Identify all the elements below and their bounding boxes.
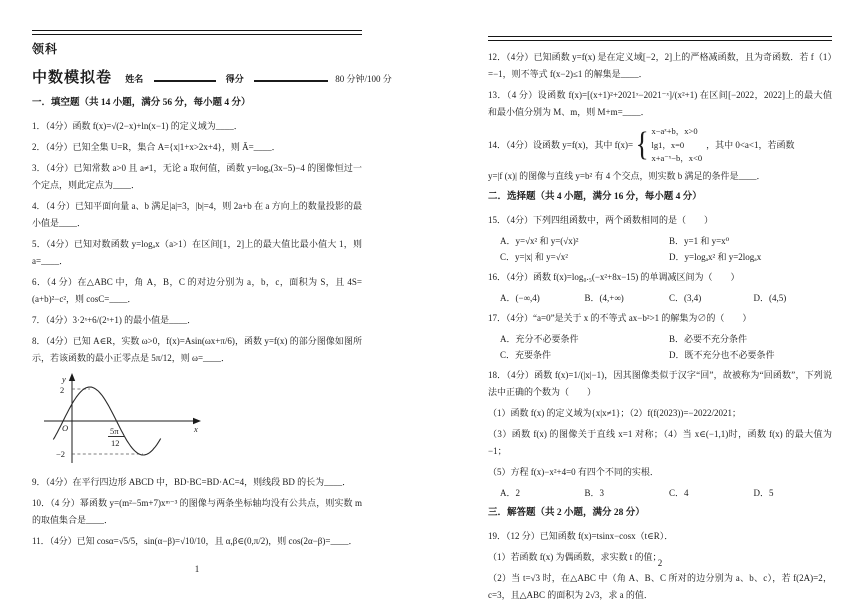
choice-option: C．(3,4) (669, 290, 748, 306)
choice-options-row: A．2B．3C．4D．5 (488, 485, 832, 501)
choice-option: C．4 (669, 485, 748, 501)
question-text: （1）函数 f(x) 的定义域为{x|x≠1}；（2）f(f(2023))=−2… (488, 405, 832, 422)
section-header: 一．填空题（共 14 小题，满分 56 分，每小题 4 分） (32, 95, 362, 112)
question-text: 1．（4分）函数 f(x)=√(2−x)+ln(x−1) 的定义域为____． (32, 118, 362, 135)
question-text: （5）方程 f(x)−x²+4=0 有四个不同的实根． (488, 464, 832, 481)
choice-option: D．5 (754, 485, 833, 501)
y-axis-label: y (61, 374, 66, 384)
page-number-2: 2 (488, 558, 832, 568)
choice-option: B．必要不充分条件 (669, 331, 832, 347)
piecewise-question: 14．（4分）设函数 y=f(x)，其中 f(x)={x−aˣ+b，x>0lg1… (488, 125, 832, 166)
choice-option: A．(−∞,4) (500, 290, 579, 306)
question-text: 13．（4 分）设函数 f(x)=[(x+1)²+2021ˣ−2021⁻ˣ]/(… (488, 87, 832, 121)
question-text: 10．（4 分）幂函数 y=(m²−5m+7)xᵐ⁻³ 的图像与两条坐标轴均没有… (32, 495, 362, 529)
choice-option: A．y=√x² 和 y=(√x)² (500, 233, 663, 249)
page-number-1: 1 (32, 564, 362, 574)
top-rule-right (488, 36, 832, 41)
choice-option: A．2 (500, 485, 579, 501)
choice-option: D．(4,5) (754, 290, 833, 306)
score-blank-line (254, 72, 328, 82)
fill-in-question-list-2: 9．（4分）在平行四边形 ABCD 中，BD·BC=BD·AC=4，则线段 BD… (32, 474, 362, 550)
score-label: 得分 (226, 74, 244, 84)
school-name: 领科 (32, 40, 362, 57)
fill-in-question-list: 一．填空题（共 14 小题，满分 56 分，每小题 4 分）1．（4分）函数 f… (32, 95, 362, 367)
question-text: 16．（4分）函数 f(x)=log₀.₅(−x²+8x−15) 的单调减区间为… (488, 269, 832, 286)
question-text: 5．（4分）已知对数函数 y=logₐx（a>1）在区间[1，2]上的最大值比最… (32, 236, 362, 270)
page-2: 12．（4分）已知函数 y=f(x) 是在定义域[−2，2]上的严格减函数，且为… (488, 36, 832, 568)
question-text: （3）函数 f(x) 的图像关于直线 x=1 对称；（4）当 x∈(−1,1)时… (488, 426, 832, 460)
question-text: y=|f (x)| 的图像与直线 y=b² 有 4 个交点，则实数 b 满足的条… (488, 168, 832, 185)
name-blank-line (154, 72, 216, 82)
question-text: （2）当 t=√3 时，在△ABC 中（角 A、B、C 所对的边分别为 a、b、… (488, 570, 832, 600)
choice-option: B．(4,+∞) (585, 290, 664, 306)
question-text: 11．（4分）已知 cosα=√5/5，sin(α−β)=√10/10，且 α,… (32, 533, 362, 550)
section-header: 三．解答题（共 2 小题，满分 28 分） (488, 505, 832, 522)
exam-title: 中数模拟卷 (32, 70, 112, 86)
question-text: 12．（4分）已知函数 y=f(x) 是在定义域[−2，2]上的严格减函数，且为… (488, 49, 832, 83)
duration-text: 80 分钟/100 分 (335, 74, 392, 84)
question-text: 3．（4分）已知常数 a>0 且 a≠1，无论 a 取何值，函数 y=logₐ(… (32, 160, 362, 194)
y-axis-arrow (69, 373, 75, 381)
choice-option: C．y=|x| 和 y=√x² (500, 249, 663, 265)
piecewise-cases: x−aˣ+b，x>0lg1，x=0x+a⁻ˣ−b，x<0 (651, 125, 702, 166)
top-rule-left (32, 30, 362, 35)
name-label: 姓名 (125, 74, 143, 84)
piecewise-case-line: x−aˣ+b，x>0 (651, 125, 702, 139)
question-text: 8．（4分）已知 A∈R，实数 ω>0，f(x)=Asin(ωx+π/6)，函数… (32, 333, 362, 367)
question-text: 18．（4分）函数 f(x)=1/(|x|−1)，因其图像类似于汉字“回”，故被… (488, 367, 832, 401)
page-1: 领科 中数模拟卷 姓名 得分 80 分钟/100 分 一．填空题（共 14 小题… (32, 30, 362, 574)
question-list-page2: 12．（4分）已知函数 y=f(x) 是在定义域[−2，2]上的严格减函数，且为… (488, 49, 832, 600)
choice-option: D．既不充分也不必要条件 (669, 347, 832, 363)
choice-option: A．充分不必要条件 (500, 331, 663, 347)
y-max-label: 2 (60, 385, 64, 395)
choice-option: B．3 (585, 485, 664, 501)
zero-point-numerator: 5π (110, 426, 119, 436)
choice-options-row: A．充分不必要条件B．必要不充分条件C．充要条件D．既不充分也不必要条件 (488, 331, 832, 363)
choice-options-row: A．(−∞,4)B．(4,+∞)C．(3,4)D．(4,5) (488, 290, 832, 306)
choice-option: D．y=logₐx² 和 y=2logₐx (669, 249, 832, 265)
question-text: 2．（4分）已知全集 U=R，集合 A={x|1+x>2x+4}，则 Ā=___… (32, 139, 362, 156)
piecewise-suffix: ，其中 0<a<1，若函数 (706, 138, 794, 153)
question-text: 9．（4分）在平行四边形 ABCD 中，BD·BC=BD·AC=4，则线段 BD… (32, 474, 362, 491)
exam-header: 中数模拟卷 姓名 得分 80 分钟/100 分 (32, 66, 362, 87)
section-header: 二．选择题（共 4 小题，满分 16 分，每小题 4 分） (488, 189, 832, 206)
document-canvas: 领科 中数模拟卷 姓名 得分 80 分钟/100 分 一．填空题（共 14 小题… (0, 0, 850, 600)
question-text: 15．（4分）下列四组函数中，两个函数相同的是（ ） (488, 212, 832, 229)
x-axis-label: x (193, 424, 198, 434)
question8-sine-figure: y 2 O −2 x 5π 12 (34, 371, 224, 466)
choice-option: B．y=1 和 y=x⁰ (669, 233, 832, 249)
question-text: 6．（4 分）在△ABC 中，角 A，B，C 的对边分别为 a，b，c，面积为 … (32, 274, 362, 308)
y-min-label: −2 (56, 449, 65, 459)
piecewise-case-line: x+a⁻ˣ−b，x<0 (651, 152, 702, 166)
piecewise-prefix: 14．（4分）设函数 y=f(x)，其中 f(x)= (488, 138, 633, 153)
choice-option: C．充要条件 (500, 347, 663, 363)
origin-label: O (62, 423, 68, 433)
zero-point-denominator: 12 (111, 438, 120, 448)
question-text: 7．（4分）3·2ˣ+6/(2ˣ+1) 的最小值是____． (32, 312, 362, 329)
question-text: 17．（4分）“a=0”是关于 x 的不等式 ax−b²>1 的解集为∅的（ ） (488, 310, 832, 327)
question-text: 19．（12 分）已知函数 f(x)=tsinx−cosx（t∈R）． (488, 528, 832, 545)
choice-options-row: A．y=√x² 和 y=(√x)²B．y=1 和 y=x⁰C．y=|x| 和 y… (488, 233, 832, 265)
question-text: 4．（4 分）已知平面向量 a、b 满足|a|=3，|b|=4，则 2a+b 在… (32, 198, 362, 232)
piecewise-case-line: lg1，x=0 (651, 139, 702, 153)
piecewise-brace: { (636, 125, 649, 165)
